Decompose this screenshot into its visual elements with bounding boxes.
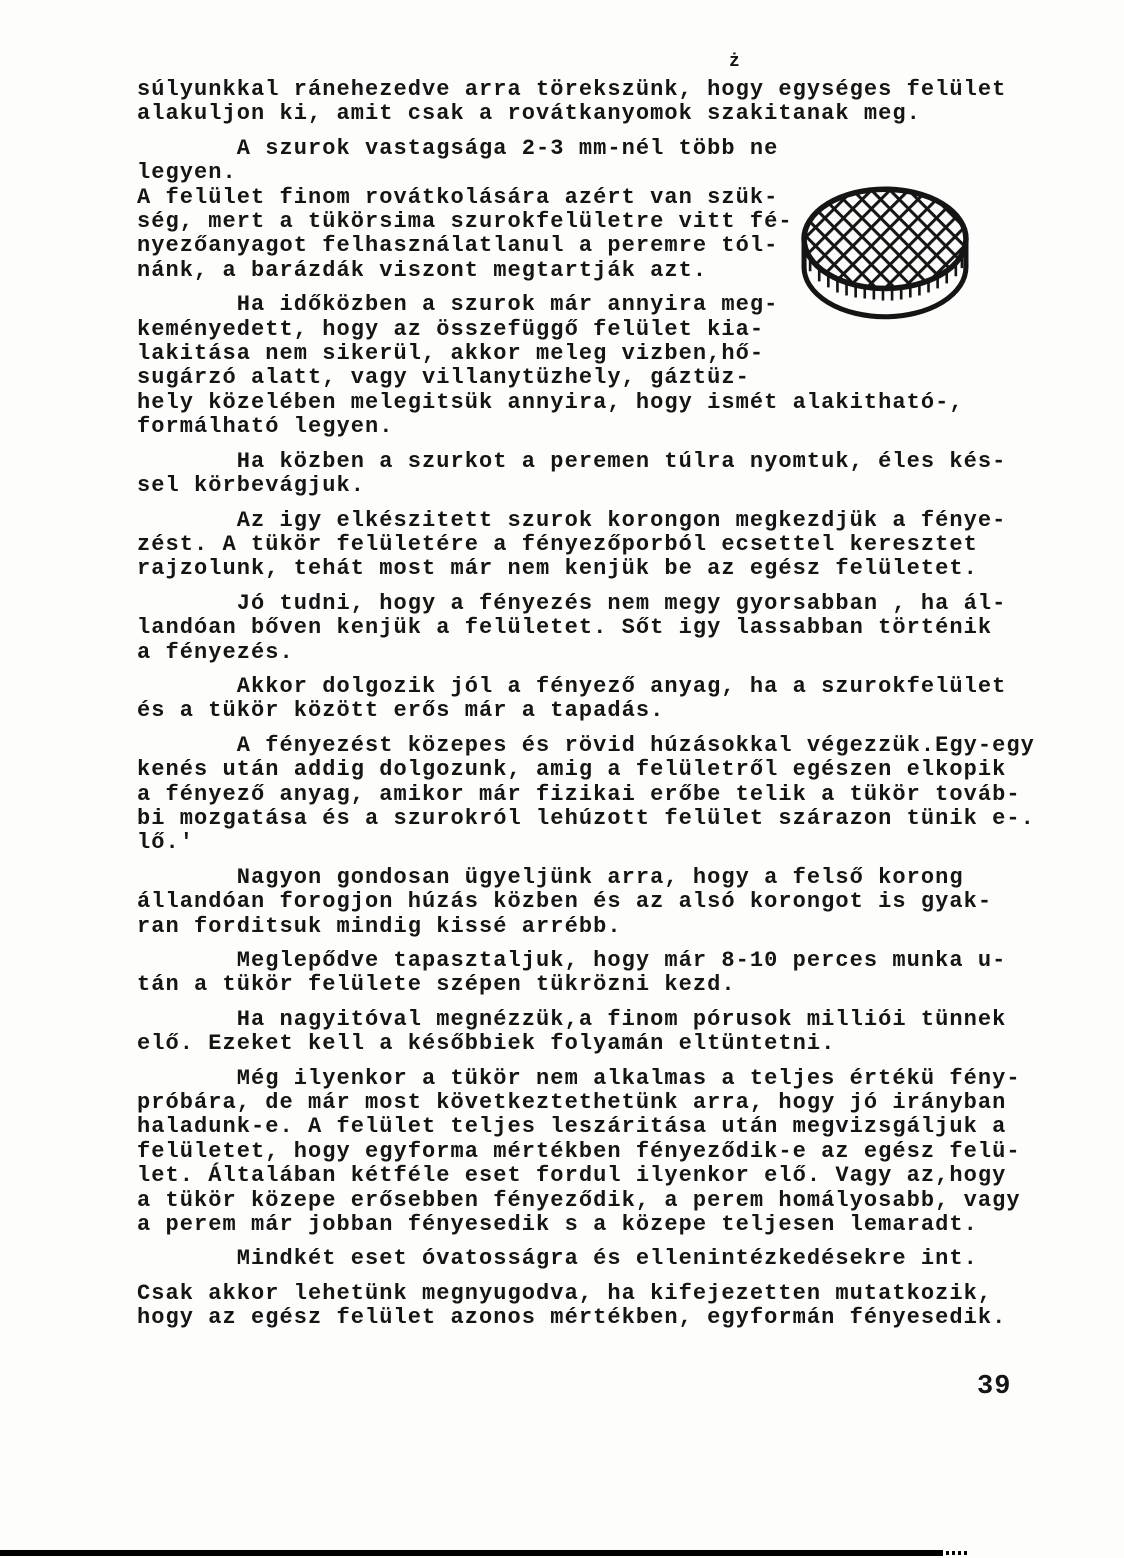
text-line: Meglepődve tapasztaljuk, hogy már 8-10 p…: [137, 949, 1067, 973]
paragraph: A szurok vastagsága 2-3 mm-nél több nele…: [137, 137, 1067, 283]
paragraph: Mindkét eset óvatosságra és ellenintézke…: [137, 1247, 1067, 1271]
text-line: állandóan forogjon húzás közben és az al…: [137, 890, 1067, 914]
text-line: felületet, hogy egyforma mértékben fénye…: [137, 1140, 1067, 1164]
text-line: Akkor dolgozik jól a fényező anyag, ha a…: [137, 675, 1067, 699]
scan-edge-dots: [946, 1551, 970, 1555]
page-number: 39: [977, 1372, 1011, 1402]
text-line: és a tükör között erős már a tapadás.: [137, 699, 1067, 723]
text-line: a fényező anyag, amikor már fizikai erőb…: [137, 783, 1067, 807]
paragraph: A fényezést közepes és rövid húzásokkal …: [137, 734, 1067, 856]
text-line: landóan bőven kenjük a felületet. Sőt ig…: [137, 616, 1067, 640]
text-line: A szurok vastagsága 2-3 mm-nél több ne: [137, 137, 1067, 161]
paragraph: Meglepődve tapasztaljuk, hogy már 8-10 p…: [137, 949, 1067, 998]
text-line: zést. A tükör felületére a fényezőporból…: [137, 533, 1067, 557]
text-line: Jó tudni, hogy a fényezés nem megy gyors…: [137, 592, 1067, 616]
body-text: súlyunkkal ránehezedve arra törekszünk, …: [137, 78, 1067, 1341]
text-line: formálható legyen.: [137, 415, 1067, 439]
text-line: Csak akkor lehetünk megnyugodva, ha kife…: [137, 1282, 1067, 1306]
text-line: Ha időközben a szurok már annyira meg-: [137, 293, 1067, 317]
text-line: kenés után addig dolgozunk, amig a felül…: [137, 758, 1067, 782]
text-line: Az igy elkészitett szurok korongon megke…: [137, 509, 1067, 533]
text-line: Ha nagyitóval megnézzük,a finom pórusok …: [137, 1008, 1067, 1032]
text-line: nyezőanyagot felhasználatlanul a peremre…: [137, 234, 1067, 258]
text-line: a tükör közepe erősebben fényeződik, a p…: [137, 1189, 1067, 1213]
text-line: próbára, de már most következtethetünk a…: [137, 1091, 1067, 1115]
text-line: Még ilyenkor a tükör nem alkalmas a telj…: [137, 1067, 1067, 1091]
text-line: tán a tükör felülete szépen tükrözni kez…: [137, 973, 1067, 997]
text-line: nánk, a barázdák viszont megtartják azt.: [137, 259, 1067, 283]
text-line: a fényezés.: [137, 641, 1067, 665]
text-line: legyen.: [137, 161, 1067, 185]
text-line: ség, mert a tükörsima szurokfelületre vi…: [137, 210, 1067, 234]
text-line: A fényezést közepes és rövid húzásokkal …: [137, 734, 1067, 758]
text-line: súlyunkkal ránehezedve arra törekszünk, …: [137, 78, 1067, 102]
paragraph: Ha időközben a szurok már annyira meg-ke…: [137, 293, 1067, 439]
text-line: Mindkét eset óvatosságra és ellenintézke…: [137, 1247, 1067, 1271]
text-line: Ha közben a szurkot a peremen túlra nyom…: [137, 450, 1067, 474]
text-line: Nagyon gondosan ügyeljünk arra, hogy a f…: [137, 866, 1067, 890]
scan-edge-bar: [0, 1550, 943, 1556]
paragraph: Ha közben a szurkot a peremen túlra nyom…: [137, 450, 1067, 499]
text-line: alakuljon ki, amit csak a rovátkanyomok …: [137, 102, 1067, 126]
text-line: hogy az egész felület azonos mértékben, …: [137, 1306, 1067, 1330]
text-line: lő.': [137, 831, 1067, 855]
text-line: let. Általában kétféle eset fordul ilyen…: [137, 1164, 1067, 1188]
text-line: hely közelében melegitsük annyira, hogy …: [137, 391, 1067, 415]
document-page: ż súlyunkkal ránehezedve arra törekszünk…: [0, 0, 1124, 1558]
paragraph: Csak akkor lehetünk megnyugodva, ha kife…: [137, 1282, 1067, 1331]
paragraph: Ha nagyitóval megnézzük,a finom pórusok …: [137, 1008, 1067, 1057]
text-line: keményedett, hogy az összefüggő felület …: [137, 318, 1067, 342]
text-line: a perem már jobban fényesedik s a közepe…: [137, 1213, 1067, 1237]
text-line: sel körbevágjuk.: [137, 474, 1067, 498]
text-line: lakitása nem sikerül, akkor meleg vizben…: [137, 342, 1067, 366]
paragraph: Az igy elkészitett szurok korongon megke…: [137, 509, 1067, 582]
paragraph: Jó tudni, hogy a fényezés nem megy gyors…: [137, 592, 1067, 665]
text-line: elő. Ezeket kell a későbbiek folyamán el…: [137, 1032, 1067, 1056]
text-line: rajzolunk, tehát most már nem kenjük be …: [137, 557, 1067, 581]
paragraph: Nagyon gondosan ügyeljünk arra, hogy a f…: [137, 866, 1067, 939]
text-line: A felület finom rovátkolására azért van …: [137, 186, 1067, 210]
paragraph: Még ilyenkor a tükör nem alkalmas a telj…: [137, 1067, 1067, 1238]
text-line: bi mozgatása és a szurokról lehúzott fel…: [137, 807, 1067, 831]
text-line: haladunk-e. A felület teljes leszáritása…: [137, 1115, 1067, 1139]
text-line: sugárzó alatt, vagy villanytüzhely, gázt…: [137, 366, 1067, 390]
paragraph: Akkor dolgozik jól a fényező anyag, ha a…: [137, 675, 1067, 724]
stray-mark: ż: [729, 52, 740, 72]
paragraph: súlyunkkal ránehezedve arra törekszünk, …: [137, 78, 1067, 127]
text-line: ran forditsuk mindig kissé arrébb.: [137, 915, 1067, 939]
